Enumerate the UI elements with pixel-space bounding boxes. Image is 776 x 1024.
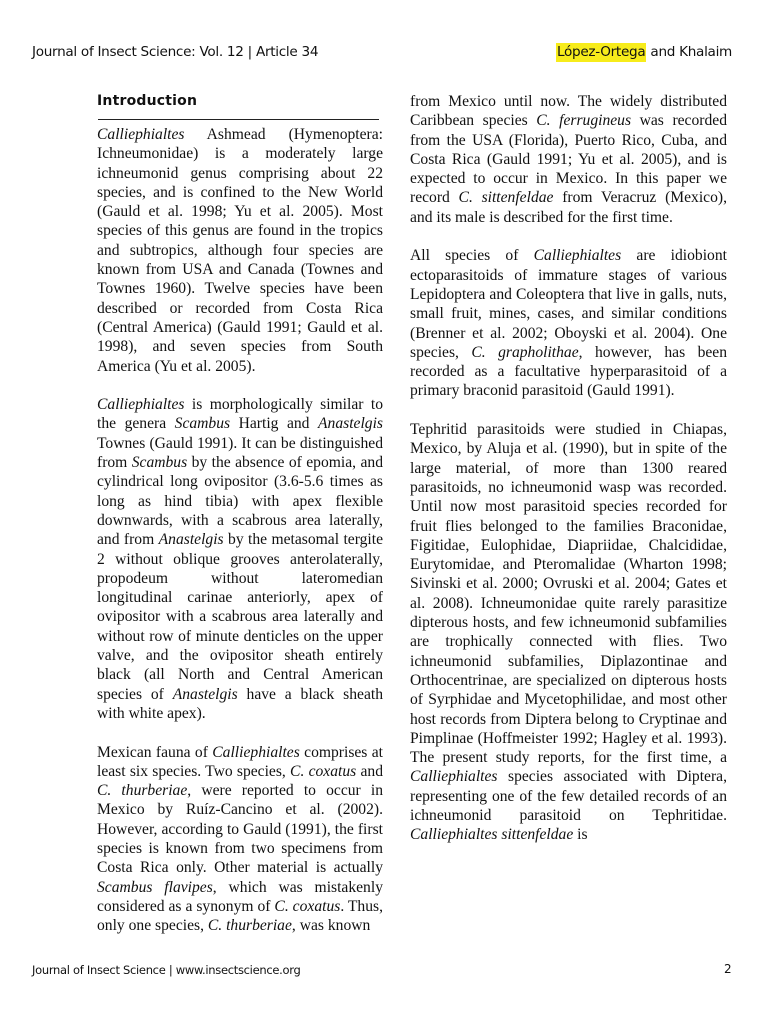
italic-taxon: C. coxatus: [290, 763, 356, 780]
italic-taxon: Calliephialtes: [410, 768, 498, 785]
italic-taxon: Calliephialtes: [534, 247, 622, 264]
italic-taxon: C. grapholithae: [471, 344, 578, 361]
paragraph: All species of Calliephialtes are idiobi…: [410, 246, 727, 400]
italic-taxon: Calliephialtes: [97, 126, 185, 143]
running-header-authors: López-Ortega and Khalaim: [556, 44, 732, 60]
italic-taxon: Calliephialtes sittenfeldae: [410, 826, 573, 843]
highlighted-author: López-Ortega: [556, 43, 646, 62]
italic-taxon: C. coxatus: [274, 898, 340, 915]
left-column: Introduction Calliephialtes Ashmead (Hym…: [97, 90, 383, 955]
section-heading: Introduction: [97, 92, 383, 110]
italic-taxon: Scambus flavipes: [97, 879, 213, 896]
heading-rule: [98, 119, 379, 120]
running-header-journal: Journal of Insect Science: Vol. 12 | Art…: [32, 44, 318, 60]
page-number: 2: [724, 962, 732, 976]
paragraph: Calliephialtes is morphologically simila…: [97, 395, 383, 723]
italic-taxon: Calliephialtes: [97, 396, 185, 413]
italic-taxon: C. thurberiae: [97, 782, 187, 799]
paragraph: Calliephialtes Ashmead (Hymenoptera: Ich…: [97, 125, 383, 376]
italic-taxon: C. sittenfeldae: [459, 189, 554, 206]
right-column: from Mexico until now. The widely distri…: [410, 92, 727, 864]
paragraph: from Mexico until now. The widely distri…: [410, 92, 727, 227]
italic-taxon: C. thurberiae: [208, 917, 292, 934]
italic-taxon: Scambus: [175, 415, 230, 432]
paragraph: Mexican fauna of Calliephialtes comprise…: [97, 743, 383, 936]
paragraph: Tephritid parasitoids were studied in Ch…: [410, 420, 727, 845]
coauthor: and Khalaim: [646, 44, 732, 60]
italic-taxon: Anastelgis: [159, 531, 224, 548]
italic-taxon: C. ferrugineus: [536, 112, 631, 129]
italic-taxon: Scambus: [132, 454, 187, 471]
footer-journal-url: Journal of Insect Science | www.insectsc…: [32, 963, 300, 977]
italic-taxon: Anastelgis: [318, 415, 383, 432]
italic-taxon: Calliephialtes: [212, 744, 300, 761]
italic-taxon: Anastelgis: [173, 686, 238, 703]
